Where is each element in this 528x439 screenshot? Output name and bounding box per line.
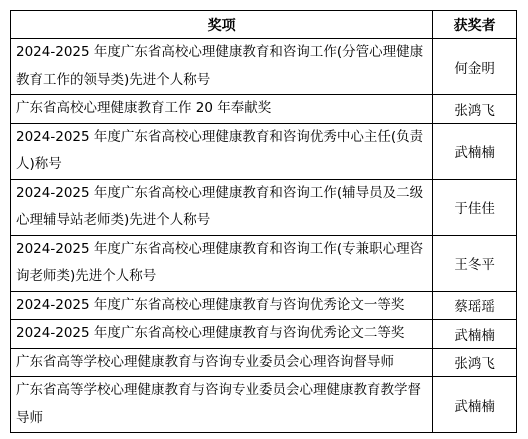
winner-cell: 武楠楠 <box>433 320 517 349</box>
awards-table: 奖项 获奖者 2024-2025 年度广东省高校心理健康教育和咨询工作(分管心理… <box>10 10 517 433</box>
winner-cell: 武楠楠 <box>433 377 517 433</box>
award-cell: 2024-2025 年度广东省高校心理健康教育与咨询优秀论文二等奖 <box>11 320 433 349</box>
award-cell: 广东省高校心理健康教育工作 20 年奉献奖 <box>11 95 433 124</box>
winner-cell: 蔡瑶瑶 <box>433 291 517 320</box>
header-row: 奖项 获奖者 <box>11 11 517 39</box>
table-row: 2024-2025 年度广东省高校心理健康教育和咨询优秀中心主任(负责人)称号 … <box>11 123 517 179</box>
table-row: 2024-2025 年度广东省高校心理健康教育和咨询工作(辅导员及二级心理辅导站… <box>11 179 517 235</box>
table-row: 广东省高等学校心理健康教育与咨询专业委员会心理咨询督导师 张鸿飞 <box>11 348 517 377</box>
award-cell: 广东省高等学校心理健康教育与咨询专业委员会心理健康教育教学督导师 <box>11 377 433 433</box>
winner-cell: 武楠楠 <box>433 123 517 179</box>
table-row: 2024-2025 年度广东省高校心理健康教育与咨询优秀论文一等奖 蔡瑶瑶 <box>11 291 517 320</box>
award-cell: 2024-2025 年度广东省高校心理健康教育和咨询工作(分管心理健康教育工作的… <box>11 39 433 95</box>
winner-cell: 于佳佳 <box>433 179 517 235</box>
header-award: 奖项 <box>11 11 433 39</box>
winner-cell: 王冬平 <box>433 235 517 291</box>
award-cell: 2024-2025 年度广东省高校心理健康教育与咨询优秀论文一等奖 <box>11 291 433 320</box>
table-row: 2024-2025 年度广东省高校心理健康教育和咨询工作(专兼职心理咨询老师类)… <box>11 235 517 291</box>
award-cell: 2024-2025 年度广东省高校心理健康教育和咨询工作(专兼职心理咨询老师类)… <box>11 235 433 291</box>
header-winner: 获奖者 <box>433 11 517 39</box>
table-row: 2024-2025 年度广东省高校心理健康教育和咨询工作(分管心理健康教育工作的… <box>11 39 517 95</box>
table-row: 广东省高等学校心理健康教育与咨询专业委员会心理健康教育教学督导师 武楠楠 <box>11 377 517 433</box>
award-cell: 广东省高等学校心理健康教育与咨询专业委员会心理咨询督导师 <box>11 348 433 377</box>
table-row: 2024-2025 年度广东省高校心理健康教育与咨询优秀论文二等奖 武楠楠 <box>11 320 517 349</box>
winner-cell: 何金明 <box>433 39 517 95</box>
award-cell: 2024-2025 年度广东省高校心理健康教育和咨询工作(辅导员及二级心理辅导站… <box>11 179 433 235</box>
table-row: 广东省高校心理健康教育工作 20 年奉献奖 张鸿飞 <box>11 95 517 124</box>
winner-cell: 张鸿飞 <box>433 95 517 124</box>
award-cell: 2024-2025 年度广东省高校心理健康教育和咨询优秀中心主任(负责人)称号 <box>11 123 433 179</box>
winner-cell: 张鸿飞 <box>433 348 517 377</box>
